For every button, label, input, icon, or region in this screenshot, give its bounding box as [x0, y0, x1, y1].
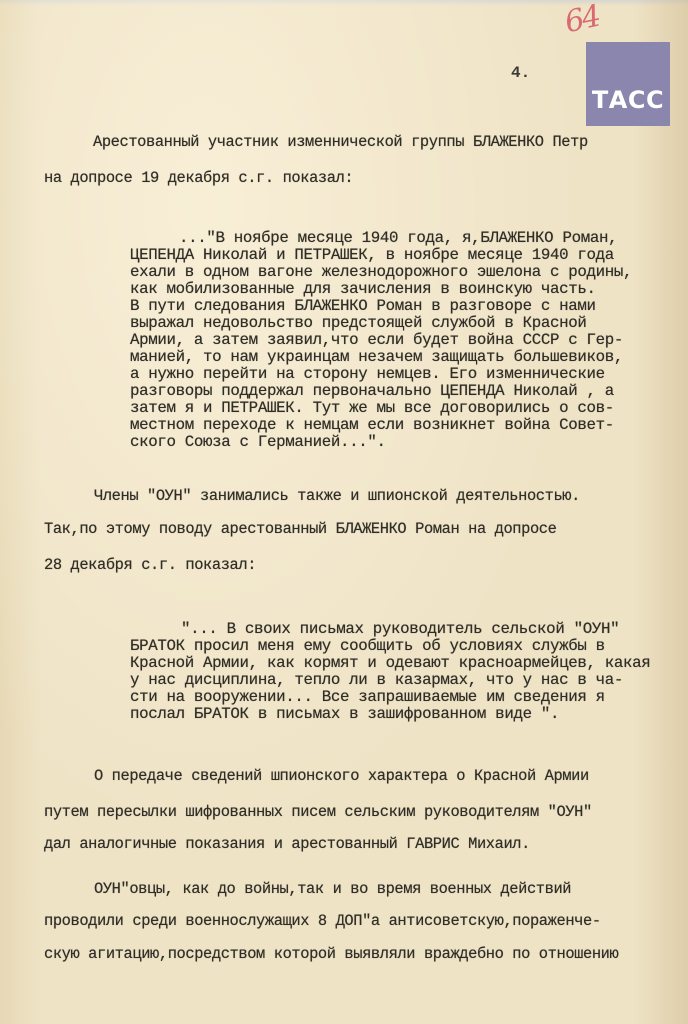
text-line: скую агитацию,посредством которой выявля…: [44, 945, 618, 963]
text-line: путем пересылки шифрованных писем сельск…: [44, 803, 592, 821]
quote-line: ..."В ноябре месяце 1940 года, я,БЛАЖЕНК…: [179, 230, 617, 246]
quote-line: В пути следования БЛАЖЕНКО Роман в разго…: [130, 298, 596, 314]
quote-line: Красной Армии, как кормят и одевают крас…: [130, 655, 650, 671]
quote-line: Армии, а затем заявил,что если будет вой…: [130, 332, 623, 348]
text-line: проводили среди военнослужащих 8 ДОП"а а…: [44, 912, 601, 930]
tass-watermark-logo: ТАСС: [586, 42, 670, 126]
quote-line: затем я и ПЕТРАШЕК. Тут же мы все догово…: [130, 400, 614, 416]
tass-logo-text: ТАСС: [592, 86, 664, 114]
text-line: на допросе 19 декабря с.г. показал:: [44, 169, 353, 187]
quote-line: ского Союза с Германией...".: [130, 434, 386, 450]
quote-line: "... В своих письмах руководитель сельск…: [181, 621, 619, 637]
text-line: 28 декабря с.г. показал:: [44, 556, 256, 574]
quote-line: выражал недовольство предстоящей службой…: [130, 315, 586, 331]
text-line: ОУН"овцы, как до войны,так и во время во…: [94, 880, 571, 898]
text-line: дал аналогичные показания и арестованный…: [44, 835, 530, 853]
quote-line: а нужно перейти на сторону немцев. Его и…: [130, 366, 605, 382]
quote-line: манией, то нам украинцам незачем защищат…: [130, 349, 623, 365]
quote-line: местном переходе к немцам если возникнет…: [130, 417, 614, 433]
archive-page-mark: 64: [562, 0, 603, 40]
page-number: 4.: [511, 64, 530, 82]
text-line: Арестованный участник изменнической груп…: [93, 133, 588, 151]
text-line: Так,по этому поводу арестованный БЛАЖЕНК…: [44, 520, 556, 538]
text-line: О передаче сведений шпионского характера…: [94, 767, 589, 785]
quote-line: ЦЕПЕНДА Николай и ПЕТРАШЕК, в ноябре мес…: [130, 247, 614, 263]
quote-line: как мобилизованные для зачисления в воин…: [130, 281, 596, 297]
quote-line: сти на вооружении... Все запрашиваемые и…: [130, 689, 605, 705]
text-line: Члены "ОУН" занимались также и шпионской…: [94, 487, 580, 505]
quote-line: разговоры поддержал первоначально ЦЕПЕНД…: [130, 383, 614, 399]
quote-line: ехали в одном вагоне железнодорожного эш…: [130, 264, 632, 280]
quote-line: БРАТОК просил меня ему сообщить об услов…: [130, 638, 605, 654]
quote-line: у нас дисциплина, тепло ли в казармах, ч…: [130, 672, 623, 688]
quote-line: послал БРАТОК в письмах в зашифрованном …: [130, 706, 559, 722]
